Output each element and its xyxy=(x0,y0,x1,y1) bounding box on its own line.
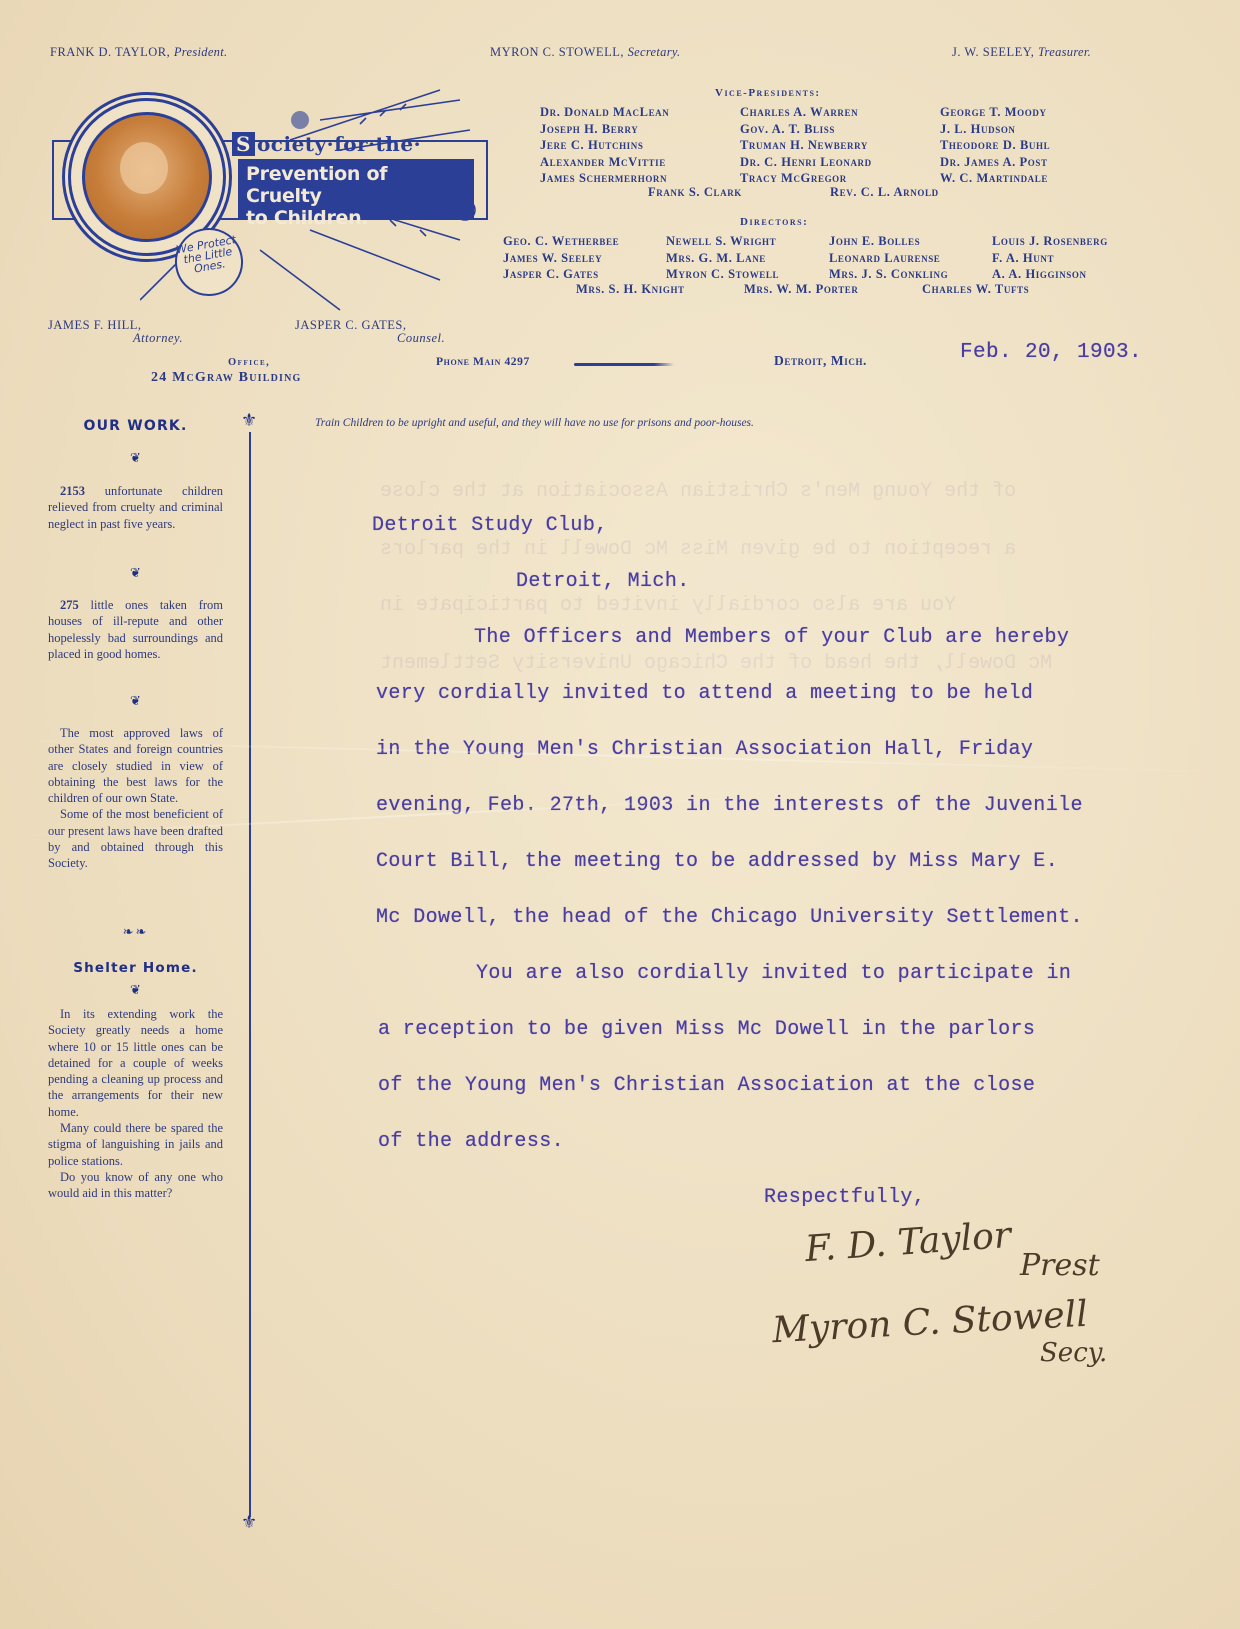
attorney-title: Attorney. xyxy=(133,331,183,346)
our-work-paragraph: 2153 unfortunate children relieved from … xyxy=(48,483,223,532)
attorney-name: JAMES F. HILL, xyxy=(48,318,142,333)
director-name: F. A. Hunt xyxy=(992,250,1142,267)
director-name: Louis J. Rosenberg xyxy=(992,233,1142,250)
society-motto-tagline: Train Children to be upright and useful,… xyxy=(315,417,754,429)
secretary-credit: MYRON C. STOWELL, Secretary. xyxy=(490,45,680,60)
show-through-text: You are also cordially invited to partic… xyxy=(380,594,956,617)
children-rehomed-count: 275 xyxy=(60,598,79,612)
letter-line: of the address. xyxy=(378,1130,564,1153)
vp-name: Frank S. Clark xyxy=(648,185,742,200)
director-name: Mrs. G. M. Lane xyxy=(666,250,829,267)
children-relieved-count: 2153 xyxy=(60,484,85,498)
director-name: Leonard Laurense xyxy=(829,250,992,267)
our-work-heading: OUR WORK. xyxy=(48,418,223,434)
paragraph-text: In its extending work the Society greatl… xyxy=(48,1006,223,1120)
vp-name: W. C. Martindale xyxy=(940,170,1130,187)
director-name: Geo. C. Wetherbee xyxy=(503,233,666,250)
vice-presidents-heading: Vice-Presidents: xyxy=(715,87,821,99)
leaf-ornament-icon: ❦ xyxy=(48,693,223,709)
vp-name: Jere C. Hutchins xyxy=(540,137,740,154)
vp-name: Charles A. Warren xyxy=(740,104,940,121)
director-name: Newell S. Wright xyxy=(666,233,829,250)
paragraph-text: The most approved laws of other States a… xyxy=(48,725,223,806)
double-leaf-ornament-icon: ❧❧ xyxy=(48,924,223,940)
society-banner: Prevention of Cruelty to Children. xyxy=(238,159,474,219)
director-name: Mrs. S. H. Knight xyxy=(576,282,685,297)
letter-line: of the Young Men's Christian Association… xyxy=(378,1074,1035,1097)
society-line-text: ociety·for·the· xyxy=(257,132,421,156)
our-work-paragraph: The most approved laws of other States a… xyxy=(48,725,223,872)
letter-line: You are also cordially invited to partic… xyxy=(476,962,1071,985)
paragraph-text: Do you know of any one who would aid in … xyxy=(48,1169,223,1202)
tulip-ornament-icon: ⚜ xyxy=(241,1512,257,1533)
society-initial: S xyxy=(232,132,255,156)
vp-name: Alexander McVittie xyxy=(540,154,740,171)
letter-date: Feb. 20, 1903. xyxy=(960,341,1142,364)
secretary-name: MYRON C. STOWELL, xyxy=(490,45,624,59)
vp-name: Gov. A. T. Bliss xyxy=(740,121,940,138)
director-name: Jasper C. Gates xyxy=(503,266,666,283)
counsel-name: JASPER C. GATES, xyxy=(295,318,407,333)
banner-line-2: to Children. xyxy=(246,207,466,229)
recipient-city: Detroit, Mich. xyxy=(516,570,690,593)
signature-taylor: F. D. Taylor xyxy=(804,1215,1012,1270)
vice-presidents-list: Dr. Donald MacLeanCharles A. WarrenGeorg… xyxy=(540,104,1130,187)
show-through-text: Mc Dowell, the head of the Chicago Unive… xyxy=(380,652,1052,675)
signature-stowell-title: Secy. xyxy=(1040,1338,1107,1368)
shelter-home-paragraph: In its extending work the Society greatl… xyxy=(48,1006,223,1202)
letter-line: Court Bill, the meeting to be addressed … xyxy=(376,850,1058,873)
banner-line-1: Prevention of Cruelty xyxy=(246,163,466,207)
treasurer-credit: J. W. SEELEY, Treasurer. xyxy=(952,45,1091,60)
phone-flourish xyxy=(574,363,674,366)
vp-name: J. L. Hudson xyxy=(940,121,1130,138)
vp-name: Rev. C. L. Arnold xyxy=(830,185,939,200)
director-name: Mrs. J. S. Conkling xyxy=(829,266,992,283)
letter-line: The Officers and Members of your Club ar… xyxy=(474,626,1069,649)
treasurer-title: Treasurer. xyxy=(1038,45,1091,59)
treasurer-name: J. W. SEELEY, xyxy=(952,45,1034,59)
sidebar-divider xyxy=(249,432,251,1517)
phone-number: Phone Main 4297 xyxy=(436,356,530,368)
show-through-text: a reception to be given Miss Mc Dowell i… xyxy=(380,538,1016,561)
signature-taylor-title: Prest xyxy=(1020,1248,1100,1283)
vp-name: Dr. Donald MacLean xyxy=(540,104,740,121)
director-name: Charles W. Tufts xyxy=(922,282,1029,297)
director-name: Myron C. Stowell xyxy=(666,266,829,283)
letter-line: a reception to be given Miss Mc Dowell i… xyxy=(378,1018,1035,1041)
director-name: Mrs. W. M. Porter xyxy=(744,282,859,297)
vp-name: Dr. James A. Post xyxy=(940,154,1130,171)
leaf-ornament-icon: ❦ xyxy=(48,450,223,466)
vp-name: Joseph H. Berry xyxy=(540,121,740,138)
paragraph-text: Some of the most beneficient of our pres… xyxy=(48,806,223,871)
society-for-the-text: Society·for·the· xyxy=(232,132,421,156)
letter-line: very cordially invited to attend a meeti… xyxy=(376,682,1033,705)
directors-heading: Directors: xyxy=(740,216,808,228)
directors-list: Geo. C. WetherbeeNewell S. WrightJohn E.… xyxy=(503,233,1142,283)
vp-name: Dr. C. Henri Leonard xyxy=(740,154,940,171)
director-name: John E. Bolles xyxy=(829,233,992,250)
letter-closing: Respectfully, xyxy=(764,1186,925,1209)
office-address: 24 McGraw Building xyxy=(151,370,302,386)
counsel-title: Counsel. xyxy=(397,331,445,346)
director-name: A. A. Higginson xyxy=(992,266,1142,283)
vp-name: Truman H. Newberry xyxy=(740,137,940,154)
vp-name: George T. Moody xyxy=(940,104,1130,121)
office-label: Office, xyxy=(228,357,270,368)
show-through-text: of the Young Men's Christian Association… xyxy=(380,480,1016,503)
vp-name: Theodore D. Buhl xyxy=(940,137,1130,154)
letter-line: Mc Dowell, the head of the Chicago Unive… xyxy=(376,906,1083,929)
child-face xyxy=(120,142,168,194)
tulip-ornament-icon: ⚜ xyxy=(241,410,257,431)
society-logo: Society·for·the· Prevention of Cruelty t… xyxy=(0,0,500,320)
letterhead-city: Detroit, Mich. xyxy=(774,353,867,369)
paragraph-text: Many could there be spared the stigma of… xyxy=(48,1120,223,1169)
shelter-home-heading: Shelter Home. xyxy=(48,960,223,976)
secretary-title: Secretary. xyxy=(628,45,681,59)
our-work-paragraph: 275 little ones taken from houses of ill… xyxy=(48,597,223,662)
director-name: James W. Seeley xyxy=(503,250,666,267)
leaf-ornament-icon: ❦ xyxy=(48,565,223,581)
recipient-name: Detroit Study Club, xyxy=(372,514,608,537)
leaf-ornament-icon: ❦ xyxy=(48,982,223,998)
